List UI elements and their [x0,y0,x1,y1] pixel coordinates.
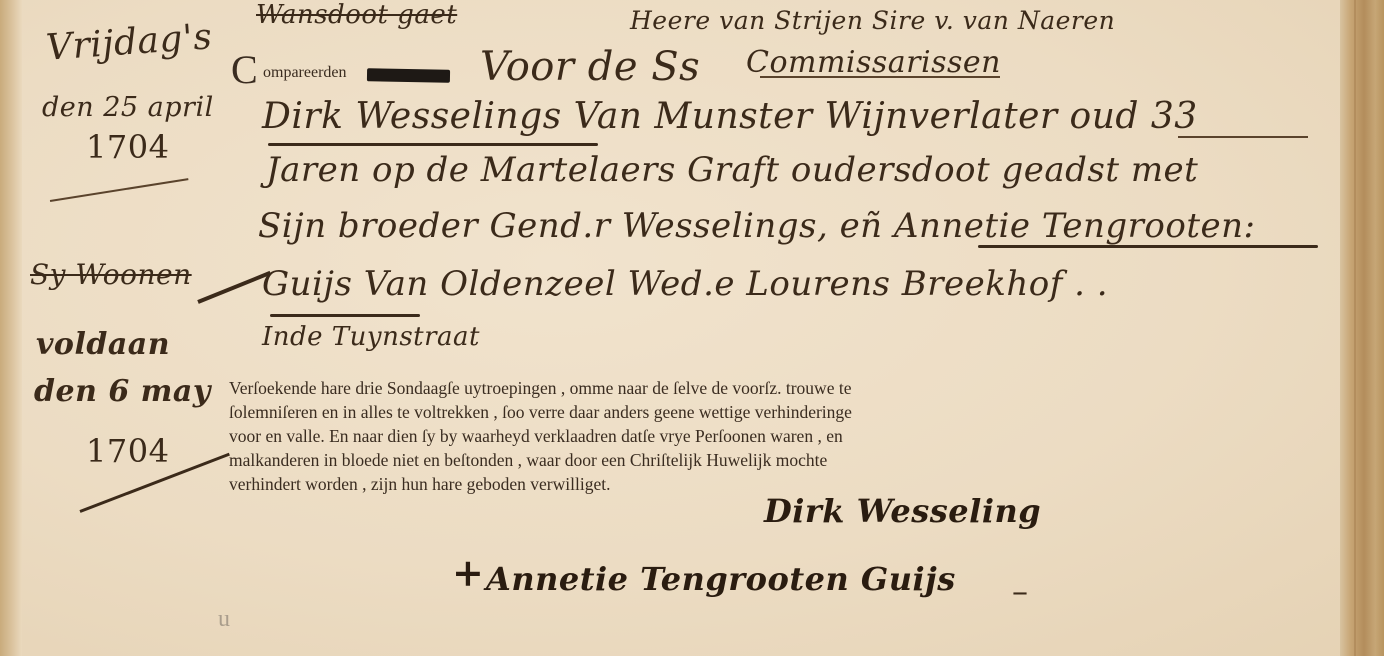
printed-lead: ompareerden [263,64,347,82]
signature-trailing-dash: – [1012,572,1029,610]
printed-line-2: ſolemniſeren en in alles te voltrekken ,… [229,402,852,423]
age-overline [1178,136,1308,138]
margin-settled-year: 1704 [86,432,169,470]
printed-line-1: Verſoekende hare drie Sondaagſe uytroepi… [229,378,851,399]
book-gutter [1340,0,1384,656]
margin-settled-label: voldaan [36,327,170,362]
commissioners-names: Heere van Strijen Sire v. van Naeren [630,6,1115,35]
dropcap-letter: C [231,46,258,93]
margin-settled-date: den 6 may [34,374,211,409]
margin-struck-note: Sy Woonen [30,258,192,291]
margin-year: 1704 [86,128,169,166]
bride-name-underline [978,245,1318,248]
printed-line-3: voor en valle. En naar dien ſy by waarhe… [229,426,843,447]
footer-mark: u [218,606,230,633]
page-left-edge [0,0,22,656]
entry-line-1: Dirk Wesselings Van Munster Wijnverlater… [262,96,1198,137]
header-flourish [760,76,1000,78]
entry-line-4: Guijs Van Oldenzeel Wed.e Lourens Breekh… [262,264,1108,304]
bride-origin-underline [270,314,420,317]
margin-date: den 25 april [42,92,214,123]
redaction-bar [367,68,450,82]
margin-day: Vrijdag's [45,16,214,69]
groom-signature: Dirk Wesseling [764,492,1041,530]
entry-line-2: Jaren op de Martelaers Graft oudersdoot … [266,150,1198,190]
entry-line-5: Inde Tuynstraat [262,322,480,352]
printed-line-5: verhindert worden , zijn hun hare gebode… [229,474,610,495]
header-before-label: Voor de Ss [480,44,700,90]
margin-divider [50,178,189,201]
bride-mark: + [452,550,484,595]
margin-strike-stroke [197,271,271,304]
gutter-crease [1354,0,1356,656]
groom-name-underline [268,143,598,146]
commissioners-label: Commissarissen [746,45,1001,80]
entry-line-3: Sijn broeder Gend.r Wesselings, eñ Annet… [258,206,1255,246]
bride-signature: Annetie Tengrooten Guijs [486,560,956,598]
header-struck-text: Wansdoot gaet [256,0,457,30]
printed-line-4: malkanderen in bloede niet en beſtonden … [229,450,827,471]
register-page: Vrijdag's den 25 april 1704 Sy Woonen vo… [0,0,1384,656]
